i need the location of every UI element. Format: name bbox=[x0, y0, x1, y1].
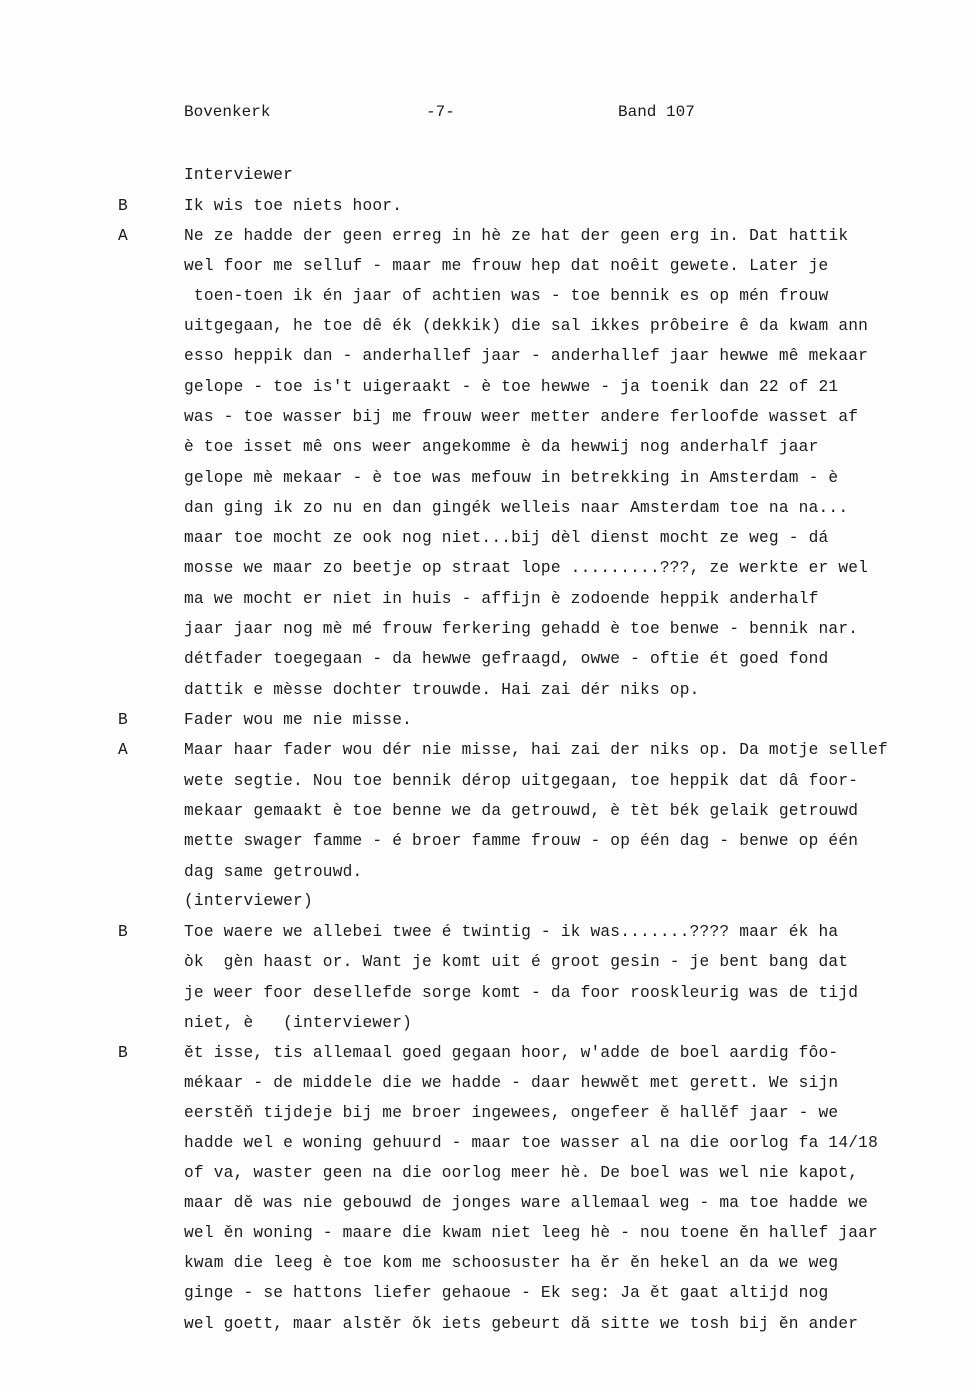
speaker-label: B bbox=[118, 922, 128, 942]
document-page: Bovenkerk -7- Band 107 InterviewerBIk wi… bbox=[0, 0, 973, 1392]
transcript-line: Ik wis toe niets hoor. bbox=[184, 196, 402, 216]
transcript-line: was - toe wasser bij me frouw weer mette… bbox=[184, 407, 858, 427]
transcript-line: uitgegaan, he toe dê ék (dekkik) die sal… bbox=[184, 316, 868, 336]
transcript-line: ginge - se hattons liefer gehaoue - Ek s… bbox=[184, 1283, 828, 1303]
transcript-line: of va, waster geen na die oorlog meer hè… bbox=[184, 1163, 858, 1183]
transcript-line: toen-toen ik én jaar of achtien was - to… bbox=[184, 286, 828, 306]
transcript-line: Fader wou me nie misse. bbox=[184, 710, 412, 730]
transcript-line: ět isse, tis allemaal goed gegaan hoor, … bbox=[184, 1043, 838, 1063]
transcript-line: è toe isset mê ons weer angekomme è da h… bbox=[184, 437, 819, 457]
speaker-label: B bbox=[118, 1043, 128, 1063]
transcript-line: mékaar - de middele die we hadde - daar … bbox=[184, 1073, 838, 1093]
transcript-line: wete segtie. Nou toe bennik dérop uitgeg… bbox=[184, 771, 858, 791]
transcript-line: maar toe mocht ze ook nog niet...bij dèl… bbox=[184, 528, 828, 548]
transcript-line: esso heppik dan - anderhallef jaar - and… bbox=[184, 346, 868, 366]
transcript-line: niet, è (interviewer) bbox=[184, 1013, 412, 1033]
transcript-line: gelope mè mekaar - è toe was mefouw in b… bbox=[184, 468, 838, 488]
speaker-label: B bbox=[118, 710, 128, 730]
transcript-line: wel foor me selluf - maar me frouw hep d… bbox=[184, 256, 828, 276]
transcript-line: ma we mocht er niet in huis - affijn è z… bbox=[184, 589, 819, 609]
speaker-label: A bbox=[118, 740, 128, 760]
transcript-line: kwam die leeg è toe kom me schoosuster h… bbox=[184, 1253, 838, 1273]
transcript-line: hadde wel e woning gehuurd - maar toe wa… bbox=[184, 1133, 878, 1153]
transcript-line: wel goett, maar alstěr ǒk iets gebeurt d… bbox=[184, 1314, 858, 1334]
transcript-line: (interviewer) bbox=[184, 891, 313, 911]
header-location: Bovenkerk bbox=[184, 103, 270, 121]
transcript-line: dattik e mèsse dochter trouwde. Hai zai … bbox=[184, 680, 700, 700]
transcript-line: Interviewer bbox=[184, 165, 293, 185]
page-number: -7- bbox=[426, 103, 455, 121]
transcript-line: Maar haar fader wou dér nie misse, hai z… bbox=[184, 740, 888, 760]
transcript-line: gelope - toe is't uigeraakt - è toe heww… bbox=[184, 377, 838, 397]
transcript-line: détfader toegegaan - da hewwe gefraagd, … bbox=[184, 649, 828, 669]
transcript-line: mekaar gemaakt è toe benne we da getrouw… bbox=[184, 801, 858, 821]
transcript-line: òk gèn haast or. Want je komt uit é groo… bbox=[184, 952, 848, 972]
transcript-line: maar dě was nie gebouwd de jonges ware a… bbox=[184, 1193, 868, 1213]
transcript-line: dag same getrouwd. bbox=[184, 862, 362, 882]
header-tape-number: Band 107 bbox=[618, 103, 695, 121]
transcript-line: je weer foor desellefde sorge komt - da … bbox=[184, 983, 858, 1003]
transcript-line: jaar jaar nog mè mé frouw ferkering geha… bbox=[184, 619, 858, 639]
transcript-line: dan ging ik zo nu en dan gingék welleis … bbox=[184, 498, 848, 518]
transcript-line: Ne ze hadde der geen erreg in hè ze hat … bbox=[184, 226, 848, 246]
page-header: Bovenkerk -7- Band 107 bbox=[0, 103, 973, 125]
speaker-label: B bbox=[118, 196, 128, 216]
transcript-line: Toe waere we allebei twee é twintig - ik… bbox=[184, 922, 838, 942]
transcript-line: mette swager famme - é broer famme frouw… bbox=[184, 831, 858, 851]
transcript-line: eerstěň tijdeje bij me broer ingewees, o… bbox=[184, 1103, 838, 1123]
transcript-line: mosse we maar zo beetje op straat lope .… bbox=[184, 558, 868, 578]
transcript-line: wel ěn woning - maare die kwam niet leeg… bbox=[184, 1223, 878, 1243]
speaker-label: A bbox=[118, 226, 128, 246]
